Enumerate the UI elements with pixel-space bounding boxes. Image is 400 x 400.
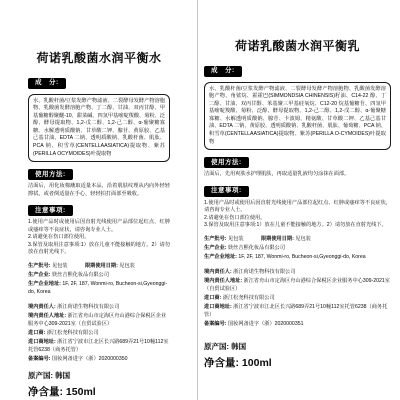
section-caution-header: 注意事项: xyxy=(204,186,391,197)
caution-item: 1.使用产品时或使用后因直射光线使用产品部位起红点、红肿或瘙痒等不良症状，请咨询… xyxy=(204,200,391,215)
manufacturer-label: 生产企业: xyxy=(204,245,226,251)
net-content-row: 净含量: 150ml xyxy=(28,384,170,399)
responsible-address-row: 境内责任人地址: 浙江省舟山市定海区舟山港综合保税区企业服务中心309-2021… xyxy=(28,312,170,328)
ingredients-list: 水、乳酸杆菌/豆浆发酵产物滤液、二裂酵母发酵产物溶胞物、乳酸菌发酵溶胞产物、丁二… xyxy=(28,94,170,162)
caution-badge: 注意事项: xyxy=(204,186,249,197)
manufacturer-address-row: 生产企业地址: 1F, 2F, 187, Wonmi-ro, Bucheon-s… xyxy=(28,280,170,296)
manufacturer-address-value: 1F, 2F, 187, Wonmi-ro, Bucheon-si,Gyeong… xyxy=(238,254,365,260)
usage-text: 洁面后，先用爽肤水护理肌肤，再取适量乳液均匀涂抹在面部。 xyxy=(204,171,391,179)
importer-label: 进口商: xyxy=(28,330,45,336)
importer-value: 浙江松尧科技有限公司 xyxy=(47,330,99,336)
origin-label: 原产国: xyxy=(28,371,53,380)
batch-label: 生产批号: xyxy=(28,263,50,269)
expiry-value: 见包装 xyxy=(119,263,135,269)
manufacturer-value: 媄丝吉熙化妆品有限公司 xyxy=(228,245,285,251)
importer-row: 进口商: 浙江松尧科技有限公司 xyxy=(28,329,170,337)
ingredients-list: 水、乳酸杆菌/豆浆发酵产物滤液、二裂酵母发酵产物溶胞物、乳酸菌发酵溶胞产物、角鲨… xyxy=(204,82,391,150)
manufacturer-row: 生产企业: 媄丝吉熙化妆品有限公司 xyxy=(28,271,170,279)
usage-text: 洁面后，用化妆棉蘸取适量本品，沿着肌肤纹理从内向外轻轻擦拭，或者倒适量在手心，轻… xyxy=(28,183,170,198)
ingredients-badge: 成 分: xyxy=(28,78,66,89)
origin-label: 原产国: xyxy=(204,342,229,351)
section-usage-header: 使用方法: xyxy=(28,169,170,180)
caution-item: 1.使用产品时或使用后因直射光线使用产品部位起红点、红肿或瘙痒等不良症状，请咨询… xyxy=(28,219,170,234)
section-ingredients-header: 成 分: xyxy=(204,66,391,77)
caution-item: 3.保管及取用注意事项:1）放在儿童不能接触的地方。2）请勿放在直射光线下。 xyxy=(28,242,170,257)
importer-address-value: 浙江省宁波市江北区长兴路689弄21号10幢112室托管6238（商务托管） xyxy=(204,304,387,318)
net-content-value: 150ml xyxy=(66,386,96,398)
caution-text: 1.使用产品时或使用后因直射光线使用产品部位起红点、红肿或瘙痒等不良症状，请咨询… xyxy=(204,200,391,230)
product-title: 荷诺乳酸菌水润平衡水 xyxy=(28,52,170,66)
record-number-value: 国妆网备进字（浙）2020000350 xyxy=(52,356,128,362)
manufacturer-label: 生产企业: xyxy=(28,272,50,278)
caution-badge: 注意事项: xyxy=(28,205,73,216)
importer-label: 进口商: xyxy=(204,295,221,301)
origin-country-row: 原产国: 韩国 xyxy=(204,341,391,352)
manufacturer-value: 媄丝吉熙化妆品有限公司 xyxy=(52,272,109,278)
record-number-row: 备案编号: 国妆网备进字（浙）2020000350 xyxy=(28,355,170,363)
expiry-label: 限期使用日期: xyxy=(261,236,294,242)
net-content-row: 净含量: 100ml xyxy=(204,355,391,370)
responsible-address-label: 境内责任人地址: xyxy=(204,278,242,284)
batch-label: 生产批号: xyxy=(204,236,226,242)
label-sheet: 荷诺乳酸菌水润平衡水 成 分: 水、乳酸杆菌/豆浆发酵产物滤液、二裂酵母发酵产物… xyxy=(0,0,400,400)
caution-text: 1.使用产品时或使用后因直射光线使用产品部位起红点、红肿或瘙痒等不良症状，请咨询… xyxy=(28,219,170,257)
section-caution-header: 注意事项: xyxy=(28,205,170,216)
caution-item: 2.请避免在伤口部位使用。 xyxy=(28,234,170,242)
responsible-address-label: 境内责任人地址: xyxy=(28,313,66,319)
product-label-lotion: 荷诺乳酸菌水润平衡乳 成 分: 水、乳酸杆菌/豆浆发酵产物滤液、二裂酵母发酵产物… xyxy=(197,0,400,400)
batch-expiry-row: 生产批号: 见包装 限期使用日期: 见包装 xyxy=(204,235,391,243)
net-content-label: 净含量: xyxy=(28,386,63,398)
responsible-label: 境内责任人: xyxy=(204,269,232,275)
importer-address-label: 进口商地址: xyxy=(28,339,56,345)
importer-address-row: 进口商地址: 浙江省宁波市江北区长兴路689弄21号10幢112室托管6238（… xyxy=(28,338,170,354)
responsible-row: 境内责任人: 浙江荷诺生物科技有限公司 xyxy=(204,268,391,276)
responsible-value: 浙江荷诺生物科技有限公司 xyxy=(233,269,295,275)
origin-country-row: 原产国: 韩国 xyxy=(28,370,170,381)
responsible-label: 境内责任人: xyxy=(28,304,56,310)
batch-value: 见包装 xyxy=(228,236,244,242)
origin-value: 韩国 xyxy=(231,342,246,351)
record-number-label: 备案编号: xyxy=(204,321,226,327)
expiry-label: 限期使用日期: xyxy=(85,263,118,269)
origin-value: 韩国 xyxy=(55,371,70,380)
regulatory-info: 生产批号: 见包装 限期使用日期: 见包装 生产企业: 媄丝吉熙化妆品有限公司 … xyxy=(204,235,391,329)
section-ingredients-header: 成 分: xyxy=(28,78,170,89)
batch-expiry-row: 生产批号: 见包装 限期使用日期: 见包装 xyxy=(28,262,170,270)
manufacturer-address-row: 生产企业地址: 1F, 2F, 187, Wonmi-ro, Bucheon-s… xyxy=(204,253,391,261)
batch-value: 见包装 xyxy=(52,263,68,269)
usage-badge: 使用方法: xyxy=(204,157,249,168)
importer-address-label: 进口商地址: xyxy=(204,304,232,310)
manufacturer-row: 生产企业: 媄丝吉熙化妆品有限公司 xyxy=(204,244,391,252)
section-usage-header: 使用方法: xyxy=(204,157,391,168)
record-number-row: 备案编号: 国妆网备进字（浙）2020000351 xyxy=(204,320,391,328)
net-content-label: 净含量: xyxy=(204,357,239,369)
product-label-toner: 荷诺乳酸菌水润平衡水 成 分: 水、乳酸杆菌/豆浆发酵产物滤液、二裂酵母发酵产物… xyxy=(0,0,197,400)
importer-address-row: 进口商地址: 浙江省宁波市江北区长兴路689弄21号10幢112室托管6238（… xyxy=(204,303,391,319)
manufacturer-address-label: 生产企业地址: xyxy=(28,281,61,287)
record-number-label: 备案编号: xyxy=(28,356,50,362)
importer-row: 进口商: 浙江松尧科技有限公司 xyxy=(204,294,391,302)
expiry-value: 见包装 xyxy=(295,236,311,242)
responsible-address-row: 境内责任人地址: 浙江省舟山市定海区舟山港综合保税区企业服务中心309-2021… xyxy=(204,277,391,293)
importer-value: 浙江松尧科技有限公司 xyxy=(223,295,275,301)
regulatory-info: 生产批号: 见包装 限期使用日期: 见包装 生产企业: 媄丝吉熙化妆品有限公司 … xyxy=(28,262,170,364)
product-title: 荷诺乳酸菌水润平衡乳 xyxy=(204,40,391,54)
usage-badge: 使用方法: xyxy=(28,169,73,180)
responsible-value: 浙江荷诺生物科技有限公司 xyxy=(57,304,119,310)
responsible-row: 境内责任人: 浙江荷诺生物科技有限公司 xyxy=(28,303,170,311)
record-number-value: 国妆网备进字（浙）2020000351 xyxy=(228,321,304,327)
net-content-value: 100ml xyxy=(242,357,272,369)
ingredients-badge: 成 分: xyxy=(204,66,242,77)
caution-item: 3.保管及取用注意事项:1）放在儿童不能接触的地方。2）请勿放在直射光线下。 xyxy=(204,222,391,230)
manufacturer-address-label: 生产企业地址: xyxy=(204,254,237,260)
